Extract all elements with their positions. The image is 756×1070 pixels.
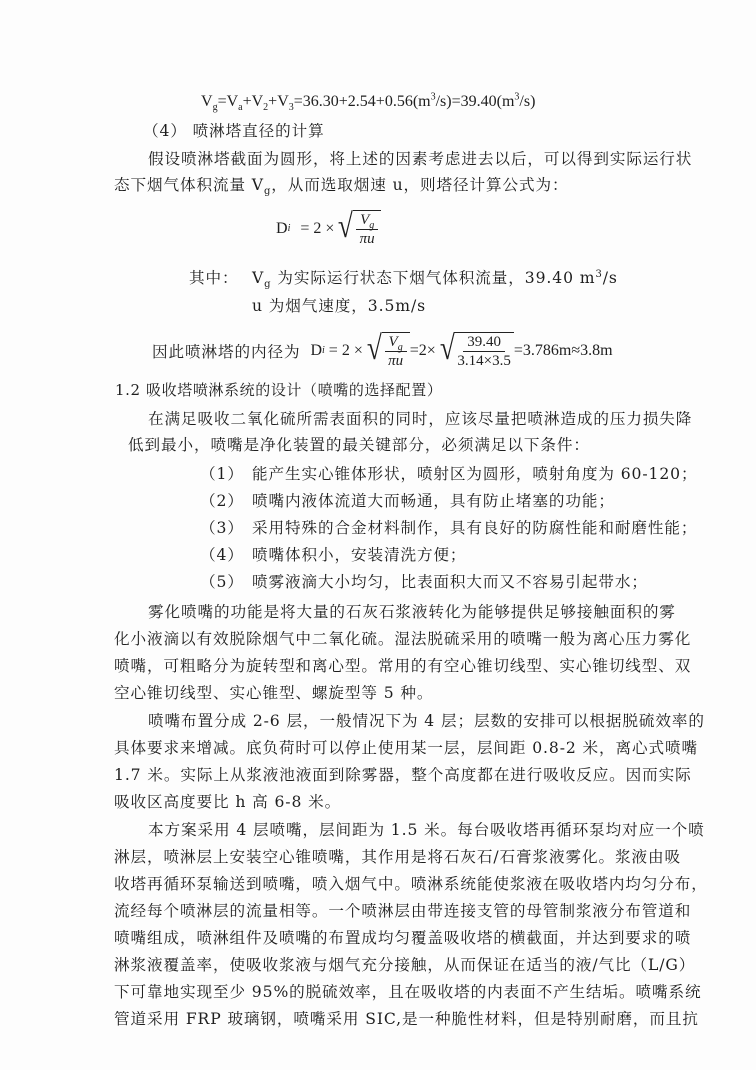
where-u-definition: u 为烟气速度，3.5m/s <box>252 296 426 316</box>
section-4-title: （4） 喷淋塔直径的计算 <box>143 121 325 141</box>
condition-item: （1）能产生实心锥体形状，喷射区为圆形，喷射角度为 60-120； <box>200 464 698 484</box>
paragraph-5-line: 喷嘴组成，喷淋组件及喷嘴的布置成均匀覆盖吸收塔的横截面，并达到要求的喷 <box>114 928 691 948</box>
paragraph-1-line-2: 态下烟气体积流量 Vg，从而选取烟速 u，则塔径计算公式为： <box>114 175 568 195</box>
paragraph-4-line: 1.7 米。实际上从浆液池液面到除雾器，整个高度都在进行吸收反应。因而实际 <box>114 765 692 785</box>
paragraph-2-line-1: 在满足吸收二氧化硫所需表面积的同时，应该尽量把喷淋造成的压力损失降 <box>148 409 692 429</box>
paragraph-3-line: 化小液滴以有效脱除烟气中二氧化硫。湿法脱硫采用的喷嘴一般为离心压力雾化 <box>114 629 691 649</box>
paragraph-4-line: 吸收区高度要比 h 高 6-8 米。 <box>114 792 341 812</box>
paragraph-4-line: 具体要求来增减。底负荷时可以停止使用某一层，层间距 0.8-2 米，离心式喷嘴 <box>114 738 698 758</box>
sqrt-symbol: √ Vg πu <box>336 210 381 248</box>
paragraph-5-line: 管道采用 FRP 玻璃钢，喷嘴采用 SIC,是一种脆性材料，但是特别耐磨，而且抗 <box>114 1009 699 1029</box>
paragraph-5-line: 收塔再循环泵输送到喷嘴，喷入烟气中。喷淋系统能使浆液在吸收塔内均匀分布， <box>114 874 708 894</box>
where-label: 其中： <box>189 268 238 288</box>
paragraph-5-line: 流经每个喷淋层的流量相等。一个喷淋层由带连接支管的母管制浆液分布管道和 <box>114 901 691 921</box>
paragraph-3-line: 喷嘴，可粗略分为旋转型和离心型。常用的有空心锥切线型、实心锥切线型、双 <box>114 656 691 676</box>
condition-item: （3）采用特殊的合金材料制作，具有良好的防腐性能和耐磨性能； <box>200 518 697 538</box>
fraction: Vg πu <box>353 210 381 248</box>
fraction: 39.40 3.14×3.5 <box>454 332 513 370</box>
document-page: Vg=Va+V2+V3=36.30+2.54+0.56(m3/s)=39.40(… <box>0 0 756 1070</box>
paragraph-4-line: 喷嘴布置分成 2-6 层，一般情况下为 4 层；层数的安排可以根据脱硫效率的 <box>148 711 705 731</box>
condition-item: （4）喷嘴体积小，安装清洗方便； <box>200 545 466 565</box>
condition-item: （5）喷雾液滴大小均匀，比表面积大而又不容易引起带水； <box>200 572 648 592</box>
paragraph-1-line-1: 假设喷淋塔截面为圆形，将上述的因素考虑进去以后，可以得到实际运行状 <box>148 149 692 169</box>
formula-vg-total: Vg=Va+V2+V3=36.30+2.54+0.56(m3/s)=39.40(… <box>201 92 535 112</box>
where-vg-definition: Vg 为实际运行状态下烟气体积流量，39.40 m3/s <box>252 268 618 288</box>
paragraph-5-line: 淋层，喷淋层上安装空心锥喷嘴，其作用是将石灰石/石膏浆液雾化。浆液由吸 <box>114 847 681 867</box>
condition-item: （2）喷嘴内液体流道大而畅通，具有防止堵塞的功能； <box>200 491 615 511</box>
section-1-2-title: 1.2 吸收塔喷淋系统的设计（喷嘴的选择配置） <box>115 380 442 400</box>
sqrt-symbol: √ Vg πu <box>365 332 410 370</box>
fraction: Vg πu <box>382 332 410 370</box>
paragraph-3-line: 空心锥切线型、实心锥型、螺旋型等 5 种。 <box>114 683 433 703</box>
paragraph-5-line: 下可靠地实现至少 95%的脱硫效率，且在吸收塔的内表面不产生结垢。喷嘴系统 <box>114 982 702 1002</box>
paragraph-5-line: 淋浆液覆盖率，使吸收浆液与烟气充分接触，从而保证在适当的液/气比（L/G） <box>114 955 695 975</box>
paragraph-5-line: 本方案采用 4 层喷嘴，层间距为 1.5 米。每台吸收塔再循环泵均对应一个喷 <box>148 820 705 840</box>
paragraph-3-line: 雾化喷嘴的功能是将大量的石灰石浆液转化为能够提供足够接触面积的雾 <box>148 602 676 622</box>
formula-diameter-result: 因此喷淋塔的内径为 Di = 2 × √ Vg πu =2× √ 39.40 3… <box>152 326 613 376</box>
sqrt-symbol: √ 39.40 3.14×3.5 <box>438 332 514 370</box>
formula-diameter: Di = 2 × √ Vg πu <box>276 204 381 254</box>
paragraph-2-line-2: 低到最小，喷嘴是净化装置的最关键部分，必须满足以下条件： <box>128 435 590 455</box>
